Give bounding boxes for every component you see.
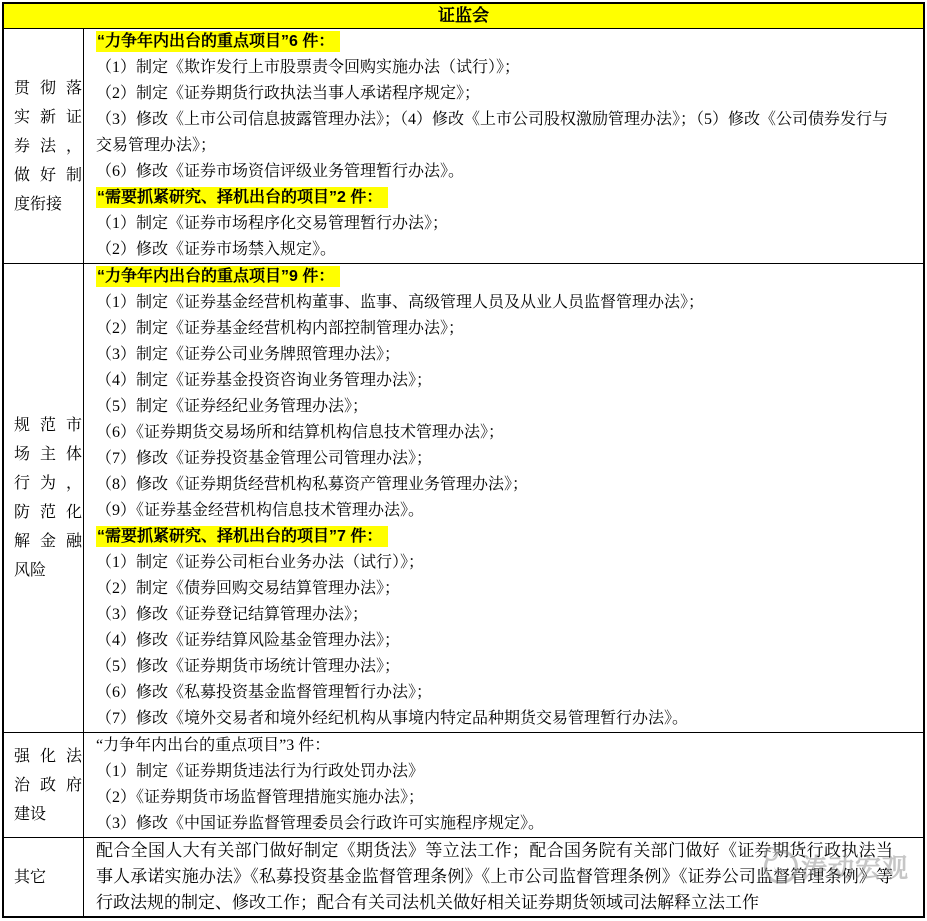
list-item: （6）《证券期货交易场所和结算机构信息技术管理办法》； [96,420,893,446]
regulation-plan-table: 证监会 贯彻落实新证券法，做好制度衔接“力争年内出台的重点项目”6 件：（1）制… [2,2,925,918]
paragraph-text: 配合全国人大有关部门做好制定《期货法》等立法工作；配合国务院有关部门做好《证券期… [96,838,893,916]
row-content: “力争年内出台的重点项目”9 件：（1）制定《证券基金经营机构董事、监事、高级管… [84,264,923,732]
list-item: （1）制定《证券市场程序化交易管理暂行办法》； [96,211,893,237]
list-item: （3）修改《中国证券监督管理委员会行政许可实施程序规定》。 [96,811,893,837]
table-header-title: 证监会 [438,6,489,25]
list-item: （7）修改《证券投资基金管理公司管理办法》； [96,446,893,472]
row-label-line: 行为， [14,469,93,498]
table-row: 强化法治政府建设“力争年内出台的重点项目”3 件：（1）制定《证券期货违法行为行… [4,733,923,838]
section-heading-row: “需要抓紧研究、择机出台的项目”7 件： [96,524,893,550]
list-item: （2）《证券期货市场监督管理措施实施办法》； [96,785,893,811]
table-row: 规范市场主体行为，防范化解金融风险“力争年内出台的重点项目”9 件：（1）制定《… [4,264,923,733]
section-heading-highlighted: “力争年内出台的重点项目”9 件： [96,266,340,287]
list-item: （1）制定《证券基金经营机构董事、监事、高级管理人员及从业人员监督管理办法》； [96,290,893,316]
list-item: （2）制定《证券期货行政执法当事人承诺程序规定》； [96,81,893,107]
list-item: （1）制定《证券公司柜台业务办法（试行）》； [96,550,893,576]
row-label-line: 实新证 [14,103,93,132]
list-item: （3）修改《上市公司信息披露管理办法》；（4）修改《上市公司股权激励管理办法》；… [96,107,893,159]
row-label-line: 规范市 [14,411,93,440]
row-label: 规范市场主体行为，防范化解金融风险 [4,264,84,732]
row-label: 强化法治政府建设 [4,733,84,837]
list-item: （4）修改《证券结算风险基金管理办法》； [96,628,893,654]
section-heading-highlighted: “力争年内出台的重点项目”6 件： [96,31,340,52]
list-item: （2）制定《证券基金经营机构内部控制管理办法》； [96,316,893,342]
list-item: （3）修改《证券登记结算管理办法》； [96,602,893,628]
row-label-line: 场主体 [14,440,93,469]
row-label-line: 做好制 [14,161,93,190]
list-item: （6）修改《私募投资基金监督管理暂行办法》； [96,680,893,706]
row-content: 配合全国人大有关部门做好制定《期货法》等立法工作；配合国务院有关部门做好《证券期… [84,838,923,916]
section-heading-row: “力争年内出台的重点项目”6 件： [96,29,893,55]
section-heading-row: “力争年内出台的重点项目”9 件： [96,264,893,290]
row-content: “力争年内出台的重点项目”3 件：（1）制定《证券期货违法行为行政处罚办法》（2… [84,733,923,837]
section-heading-highlighted: “需要抓紧研究、择机出台的项目”7 件： [96,526,388,547]
list-item: （8）修改《证券期货经营机构私募资产管理业务管理办法》； [96,472,893,498]
list-item: （3）制定《证券公司业务牌照管理办法》； [96,342,893,368]
list-item: （5）修改《证券期货市场统计管理办法》； [96,654,893,680]
row-label-line: 治政府 [14,771,93,800]
row-label-line: 度衔接 [14,190,83,219]
list-item: （7）修改《境外交易者和境外经纪机构从事境内特定品种期货交易管理暂行办法》。 [96,706,893,732]
row-label-line: 券法， [14,132,93,161]
list-item: （9）《证券基金经营机构信息技术管理办法》。 [96,498,893,524]
section-heading-row: “力争年内出台的重点项目”3 件： [96,733,893,759]
row-content: “力争年内出台的重点项目”6 件：（1）制定《欺诈发行上市股票责令回购实施办法（… [84,29,923,263]
row-label: 其它 [4,838,84,916]
list-item: （1）制定《证券期货违法行为行政处罚办法》 [96,759,893,785]
row-label-line: 建设 [14,800,83,829]
row-label-line: 强化法 [14,742,93,771]
table-row: 贯彻落实新证券法，做好制度衔接“力争年内出台的重点项目”6 件：（1）制定《欺诈… [4,29,923,264]
table-row: 其它配合全国人大有关部门做好制定《期货法》等立法工作；配合国务院有关部门做好《证… [4,838,923,916]
row-label: 贯彻落实新证券法，做好制度衔接 [4,29,84,263]
list-item: （2）修改《证券市场禁入规定》。 [96,237,893,263]
section-heading-row: “需要抓紧研究、择机出台的项目”2 件： [96,185,893,211]
row-label-line: 解金融 [14,527,93,556]
row-label-line: 防范化 [14,498,93,527]
row-label-line: 其它 [14,863,83,892]
list-item: （4）制定《证券基金投资咨询业务管理办法》； [96,368,893,394]
row-label-line: 风险 [14,556,83,585]
table-header: 证监会 [4,4,923,29]
table-body: 贯彻落实新证券法，做好制度衔接“力争年内出台的重点项目”6 件：（1）制定《欺诈… [4,29,923,916]
list-item: （6）修改《证券市场资信评级业务管理暂行办法》。 [96,159,893,185]
list-item: （1）制定《欺诈发行上市股票责令回购实施办法（试行）》； [96,55,893,81]
list-item: （2）制定《债券回购交易结算管理办法》； [96,576,893,602]
list-item: （5）制定《证券经纪业务管理办法》； [96,394,893,420]
section-heading-highlighted: “需要抓紧研究、择机出台的项目”2 件： [96,187,388,208]
row-label-line: 贯彻落 [14,74,93,103]
section-heading: “力争年内出台的重点项目”3 件： [96,737,330,754]
